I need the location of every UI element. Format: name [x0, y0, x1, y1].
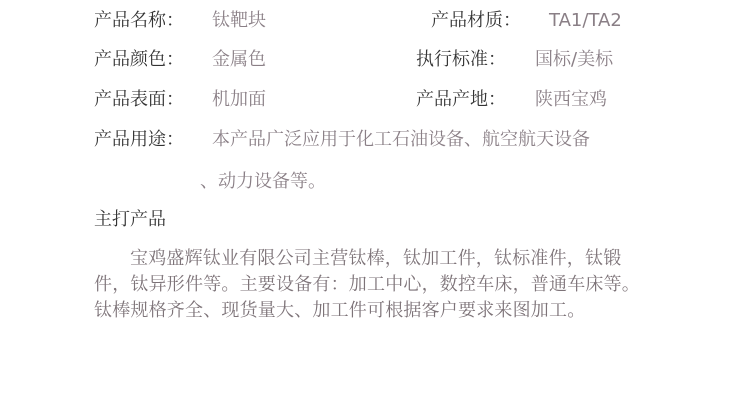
spec-row-name: 产品名称： 钛靶块: [94, 9, 184, 33]
spec-row-usage: 产品用途： 本产品广泛应用于化工石油设备、航空航天设备: [94, 128, 184, 152]
spec-value: 机加面: [212, 88, 266, 112]
spec-label: 产品产地：: [416, 89, 506, 110]
section-title: 主打产品: [94, 208, 166, 232]
spec-label: 产品表面：: [94, 89, 184, 110]
spec-value: 国标/美标: [535, 48, 613, 72]
spec-value: TA1/TA2: [549, 9, 622, 33]
spec-label: 执行标准：: [416, 49, 506, 70]
main-products-paragraph: 宝鸡盛辉钛业有限公司主营钛棒，钛加工件，钛标准件，钛锻件，钛异形件等。主要设备有…: [94, 246, 656, 324]
spec-value: 陕西宝鸡: [535, 88, 607, 112]
spec-row-surface: 产品表面： 机加面: [94, 88, 184, 112]
spec-row-material: 产品材质： TA1/TA2: [431, 9, 521, 33]
spec-value: 钛靶块: [212, 9, 266, 33]
spec-row-color: 产品颜色： 金属色: [94, 48, 184, 72]
spec-value-line1: 本产品广泛应用于化工石油设备、航空航天设备: [212, 128, 590, 152]
spec-label: 产品用途：: [94, 129, 184, 150]
spec-value: 金属色: [212, 48, 266, 72]
spec-label: 产品名称：: [94, 10, 184, 31]
spec-row-standard: 执行标准： 国标/美标: [416, 48, 506, 72]
spec-row-origin: 产品产地： 陕西宝鸡: [416, 88, 506, 112]
spec-value-line2: 、动力设备等。: [200, 171, 326, 192]
spec-label: 产品颜色：: [94, 49, 184, 70]
spec-usage-continued: 、动力设备等。: [200, 170, 326, 194]
spec-label: 产品材质：: [431, 10, 521, 31]
